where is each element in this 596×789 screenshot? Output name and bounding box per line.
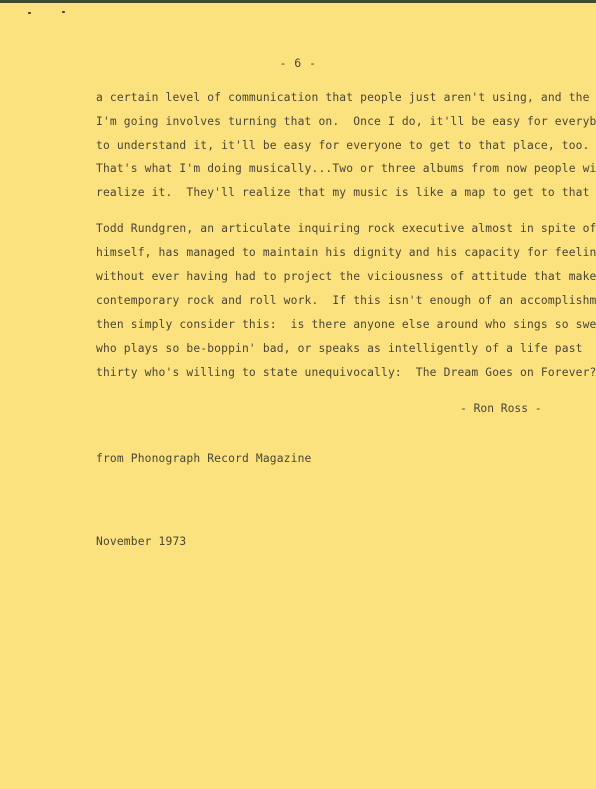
paper-speck [62,11,65,13]
source-attribution: from Phonograph Record Magazine [96,452,312,465]
text-line: That's what I'm doing musically...Two or… [96,162,596,175]
text-line: without ever having had to project the v… [96,270,596,283]
text-line: Todd Rundgren, an articulate inquiring r… [96,222,596,235]
text-line: himself, has managed to maintain his dig… [96,246,596,259]
page-number: - 6 - [0,56,596,70]
text-line: thirty who's willing to state unequivoca… [96,366,596,379]
text-line: a certain level of communication that pe… [96,91,596,104]
text-line: to understand it, it'll be easy for ever… [96,139,590,152]
author-signature: - Ron Ross - [460,402,542,415]
text-line: contemporary rock and roll work. If this… [96,294,596,307]
text-line: who plays so be-boppin' bad, or speaks a… [96,342,583,355]
text-line: realize it. They'll realize that my musi… [96,186,596,199]
text-line: then simply consider this: is there anyo… [96,318,596,331]
page-top-edge [0,0,596,3]
text-line: I'm going involves turning that on. Once… [96,115,596,128]
publication-date: November 1973 [96,535,186,548]
paper-speck [28,12,31,14]
